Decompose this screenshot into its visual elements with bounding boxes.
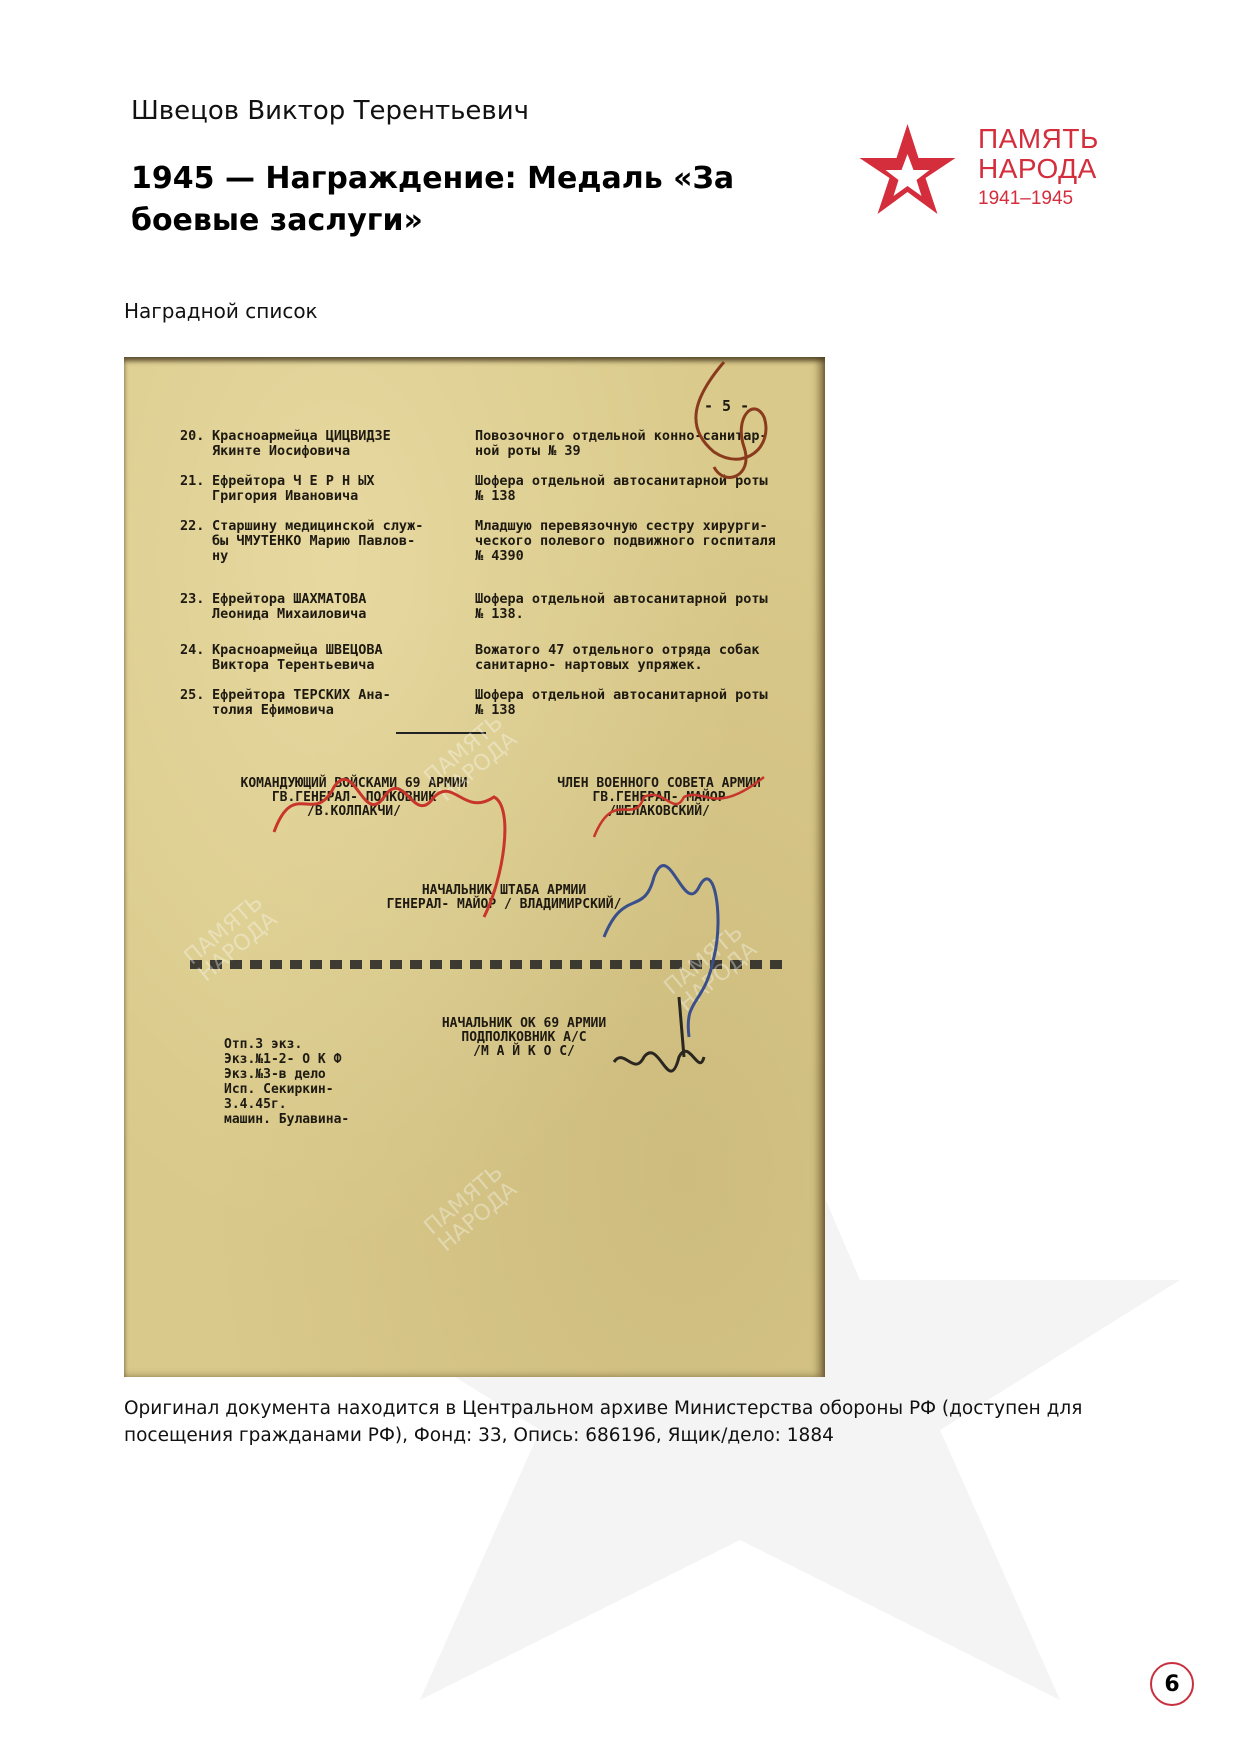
award-title: 1945 — Награждение: Медаль «За боевые за…: [131, 158, 811, 242]
award-document-scan: - 5 - 20. Красноармейца ЦИЦВИДЗЕ Якинте …: [124, 357, 825, 1377]
logo-line2: НАРОДА: [978, 154, 1099, 184]
person-name: Швецов Виктор Терентьевич: [131, 96, 529, 126]
logo-line1: ПАМЯТЬ: [978, 124, 1099, 154]
logo-years: 1941–1945: [978, 188, 1099, 210]
document-label: Наградной список: [124, 299, 318, 323]
page-number: 6: [1164, 1672, 1179, 1697]
page-number-badge: 6: [1150, 1662, 1194, 1706]
red-star-icon: [855, 120, 960, 220]
pamyat-naroda-logo[interactable]: ПАМЯТЬ НАРОДА 1941–1945: [855, 112, 1125, 222]
handwritten-signatures: [124, 357, 825, 1377]
archive-caption: Оригинал документа находится в Центральн…: [124, 1395, 1104, 1449]
